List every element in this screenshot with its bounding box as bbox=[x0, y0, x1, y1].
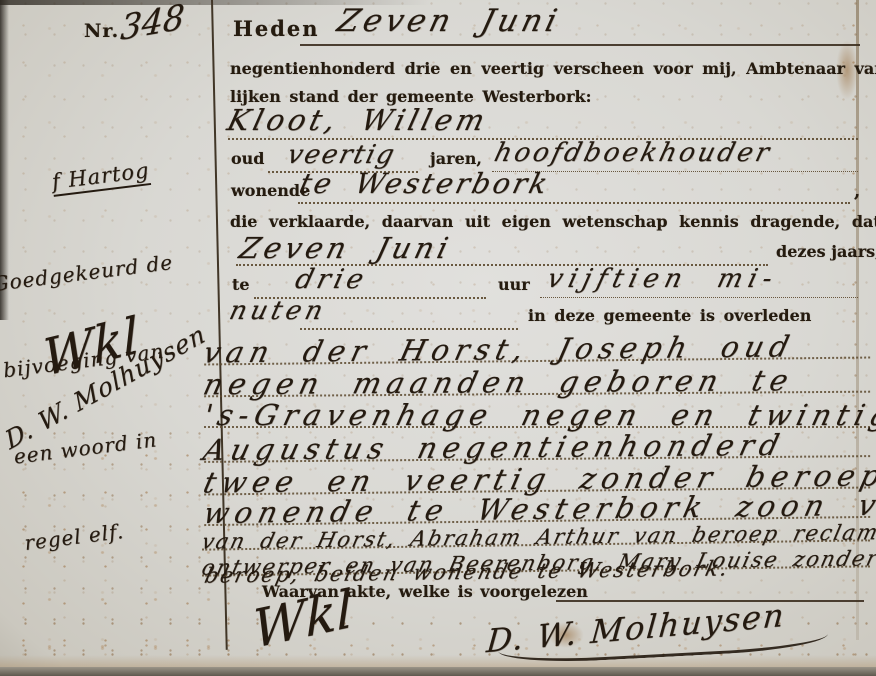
akte-number-value: 348 bbox=[119, 0, 185, 46]
fill-line-residence bbox=[298, 202, 850, 204]
margin-note-line: Goedgekeurd de bbox=[0, 248, 175, 299]
oud-label: oud bbox=[231, 151, 265, 167]
page-edge-bottom-warm bbox=[0, 655, 876, 667]
declaration-line: die verklaarde, daarvan uit eigen wetens… bbox=[230, 214, 876, 230]
hw-deceased-2: negen maanden geboren te bbox=[201, 366, 797, 399]
hw-death-date: Zeven Juni bbox=[236, 234, 454, 263]
margin-note: Goedgekeurd de bijvoeging van een woord … bbox=[0, 190, 214, 615]
margin-note-heading: f Hartog bbox=[51, 160, 151, 197]
hw-minutes-1: vijftien mi- bbox=[545, 266, 781, 292]
hw-declarant-name: Kloot, Willem bbox=[224, 106, 491, 135]
death-certificate-scan: Nr. 348 f Hartog Goedgekeurd de bijvoegi… bbox=[0, 0, 876, 676]
deceased-line: van der Horst, Joseph oud bbox=[204, 327, 870, 366]
fill-line-minutes bbox=[540, 297, 858, 298]
hw-hour: drie bbox=[293, 266, 371, 293]
deceased-line: negen maanden geboren te bbox=[204, 361, 870, 398]
fill-line-heden bbox=[300, 44, 860, 46]
opening-line-2: negentienhonderd drie en veertig versche… bbox=[230, 61, 876, 77]
margin-note-line: regel elf. bbox=[23, 507, 207, 558]
deceased-line: 's-Gravenhage negen en twintig bbox=[204, 396, 870, 428]
dezes-jaars-label: dezes jaars, bbox=[776, 244, 876, 260]
te-label: te bbox=[232, 277, 250, 293]
hw-date-top: Zeven Juni bbox=[334, 6, 564, 37]
overleden-label: in deze gemeente is overleden bbox=[528, 308, 811, 324]
hw-occupation: hoofdboekhouder bbox=[492, 140, 775, 166]
jaren-label: jaren, bbox=[430, 151, 482, 167]
hw-minutes-2: nuten bbox=[227, 298, 330, 324]
hw-age: veertig bbox=[285, 142, 399, 168]
heden-label: Heden bbox=[233, 18, 320, 39]
hw-residence: te Westerbork bbox=[297, 170, 553, 198]
residence-comma: , bbox=[854, 183, 860, 201]
akte-number-label: Nr. bbox=[84, 22, 119, 41]
scan-edge-bottom bbox=[0, 667, 876, 676]
uur-label: uur bbox=[498, 277, 530, 293]
